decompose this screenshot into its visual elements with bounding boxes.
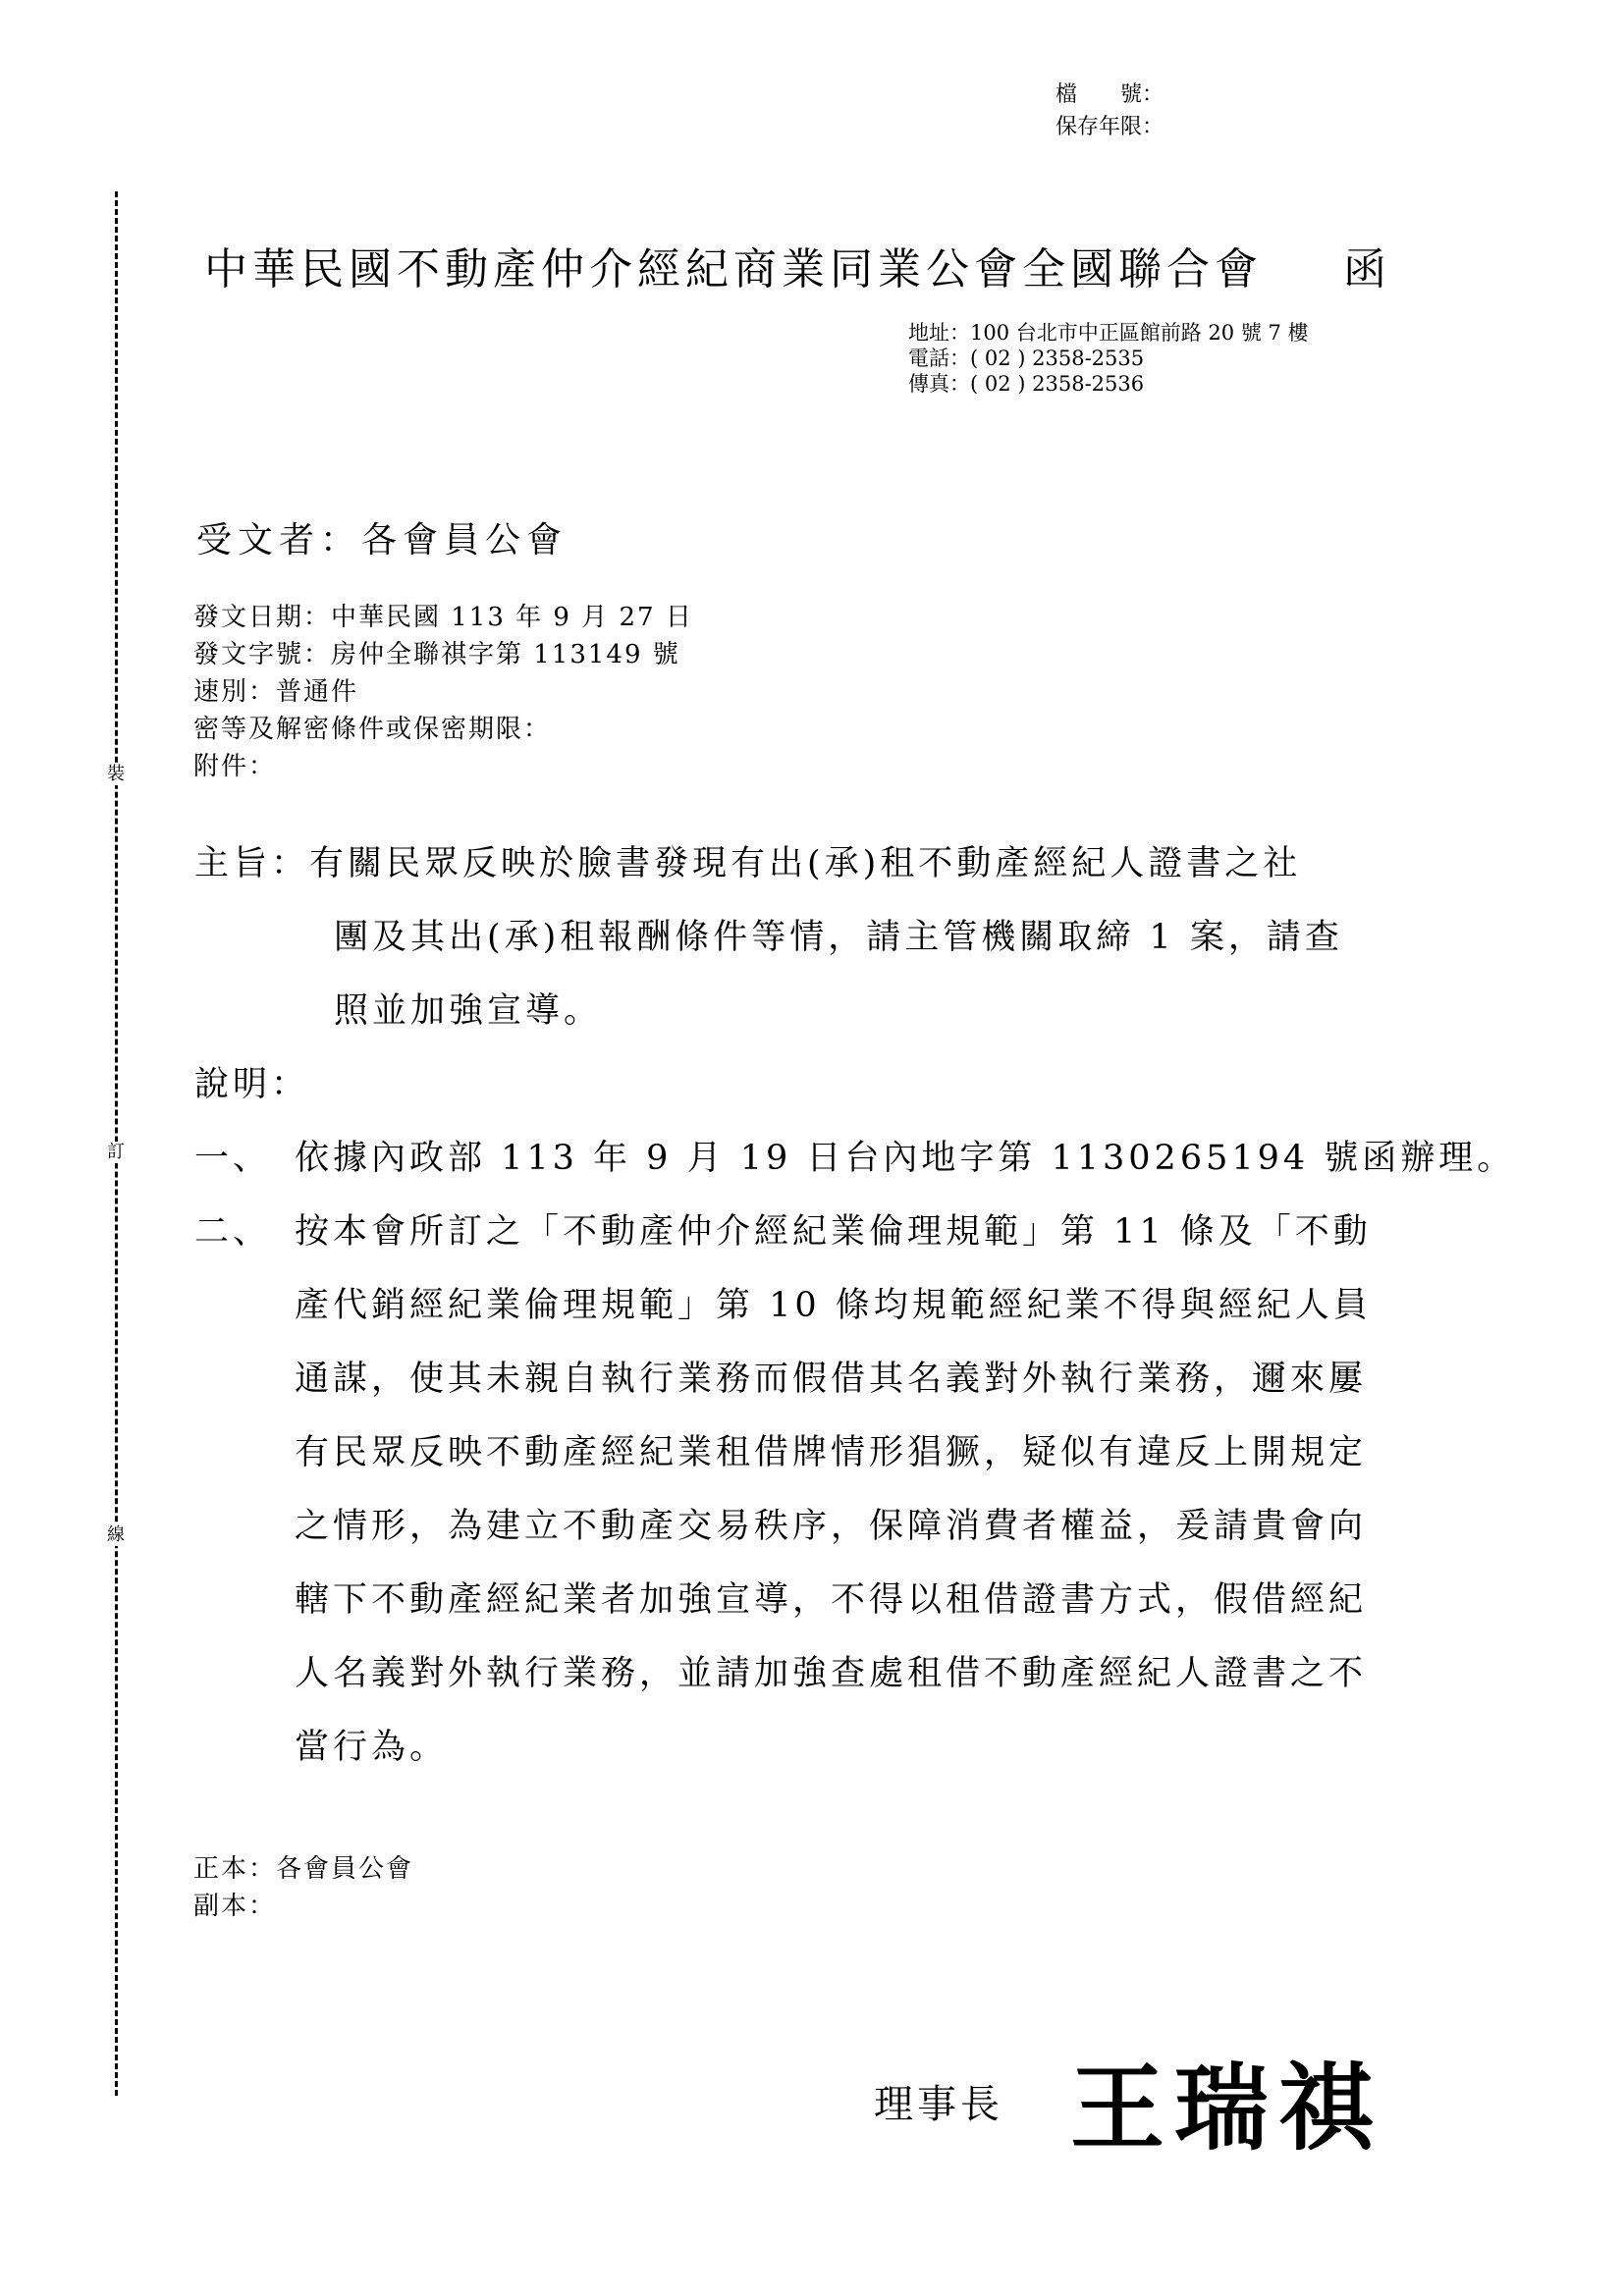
copy-distribution: 副本： xyxy=(193,1886,276,1922)
phone: 電話：( 02 ) 2358-2535 xyxy=(908,346,1144,371)
organization-title: 中華民國不動產仲介經紀商業同業公會全國聯合會 xyxy=(204,234,1263,296)
subject-line-1: 主旨：有關民眾反映於臉書發現有出(承)租不動產經紀人證書之社 xyxy=(194,836,1301,885)
item-2-line-1: 按本會所訂之「不動產仲介經紀業倫理規範」第 11 條及「不動 xyxy=(295,1204,1372,1254)
item-2-marker: 二、 xyxy=(194,1204,271,1254)
document-type: 函 xyxy=(1343,234,1386,296)
signatory-name-seal: 王瑞祺 xyxy=(1070,2034,1382,2168)
item-2-line-4: 有民眾反映不動產經紀業租借牌情形猖獗，疑似有違反上開規定 xyxy=(295,1425,1367,1474)
file-number-label: 檔 號： xyxy=(1056,79,1164,111)
original-distribution: 正本：各會員公會 xyxy=(193,1848,413,1885)
classification: 密等及解密條件或保密期限： xyxy=(193,709,551,745)
item-2-line-7: 人名義對外執行業務，並請加強查處租借不動產經紀人證書之不 xyxy=(295,1646,1367,1695)
address: 地址：100 台北市中正區館前路 20 號 7 樓 xyxy=(908,320,1309,346)
binding-label-zhuang: 裝 xyxy=(102,764,130,785)
item-1-marker: 一、 xyxy=(194,1131,271,1180)
item-2-line-8: 當行為。 xyxy=(295,1720,448,1769)
signatory-title: 理事長 xyxy=(874,2073,1003,2129)
item-1-line-1: 依據內政部 113 年 9 月 19 日台內地字第 1130265194 號函辦… xyxy=(295,1131,1515,1180)
explanation-heading: 說明： xyxy=(194,1057,309,1106)
item-2-line-2: 產代銷經紀業倫理規範」第 10 條均規範經紀業不得與經紀人員 xyxy=(295,1278,1372,1327)
fax: 傳真：( 02 ) 2358-2536 xyxy=(908,371,1144,397)
attachments: 附件： xyxy=(193,746,276,782)
reference-number: 發文字號：房仲全聯祺字第 113149 號 xyxy=(193,634,680,670)
subject-line-3: 照並加強宣導。 xyxy=(334,984,602,1033)
binding-label-ding: 訂 xyxy=(102,1142,130,1163)
item-2-line-3: 通謀，使其未親自執行業務而假借其名義對外執行業務，邇來屢 xyxy=(295,1352,1367,1401)
retention-period-label: 保存年限： xyxy=(1056,111,1164,143)
subject-line-2: 團及其出(承)租報酬條件等情，請主管機關取締 1 案，請查 xyxy=(334,910,1343,959)
recipient: 受文者：各會員公會 xyxy=(196,512,568,562)
item-2-line-5: 之情形，為建立不動產交易秩序，保障消費者權益，爰請貴會向 xyxy=(295,1499,1367,1548)
item-2-line-6: 轄下不動產經紀業者加強宣導，不得以租借證書方式，假借經紀 xyxy=(295,1573,1367,1622)
priority: 速別：普通件 xyxy=(193,671,358,708)
binding-label-xian: 線 xyxy=(102,1524,130,1546)
issue-date: 發文日期：中華民國 113 年 9 月 27 日 xyxy=(193,597,693,633)
